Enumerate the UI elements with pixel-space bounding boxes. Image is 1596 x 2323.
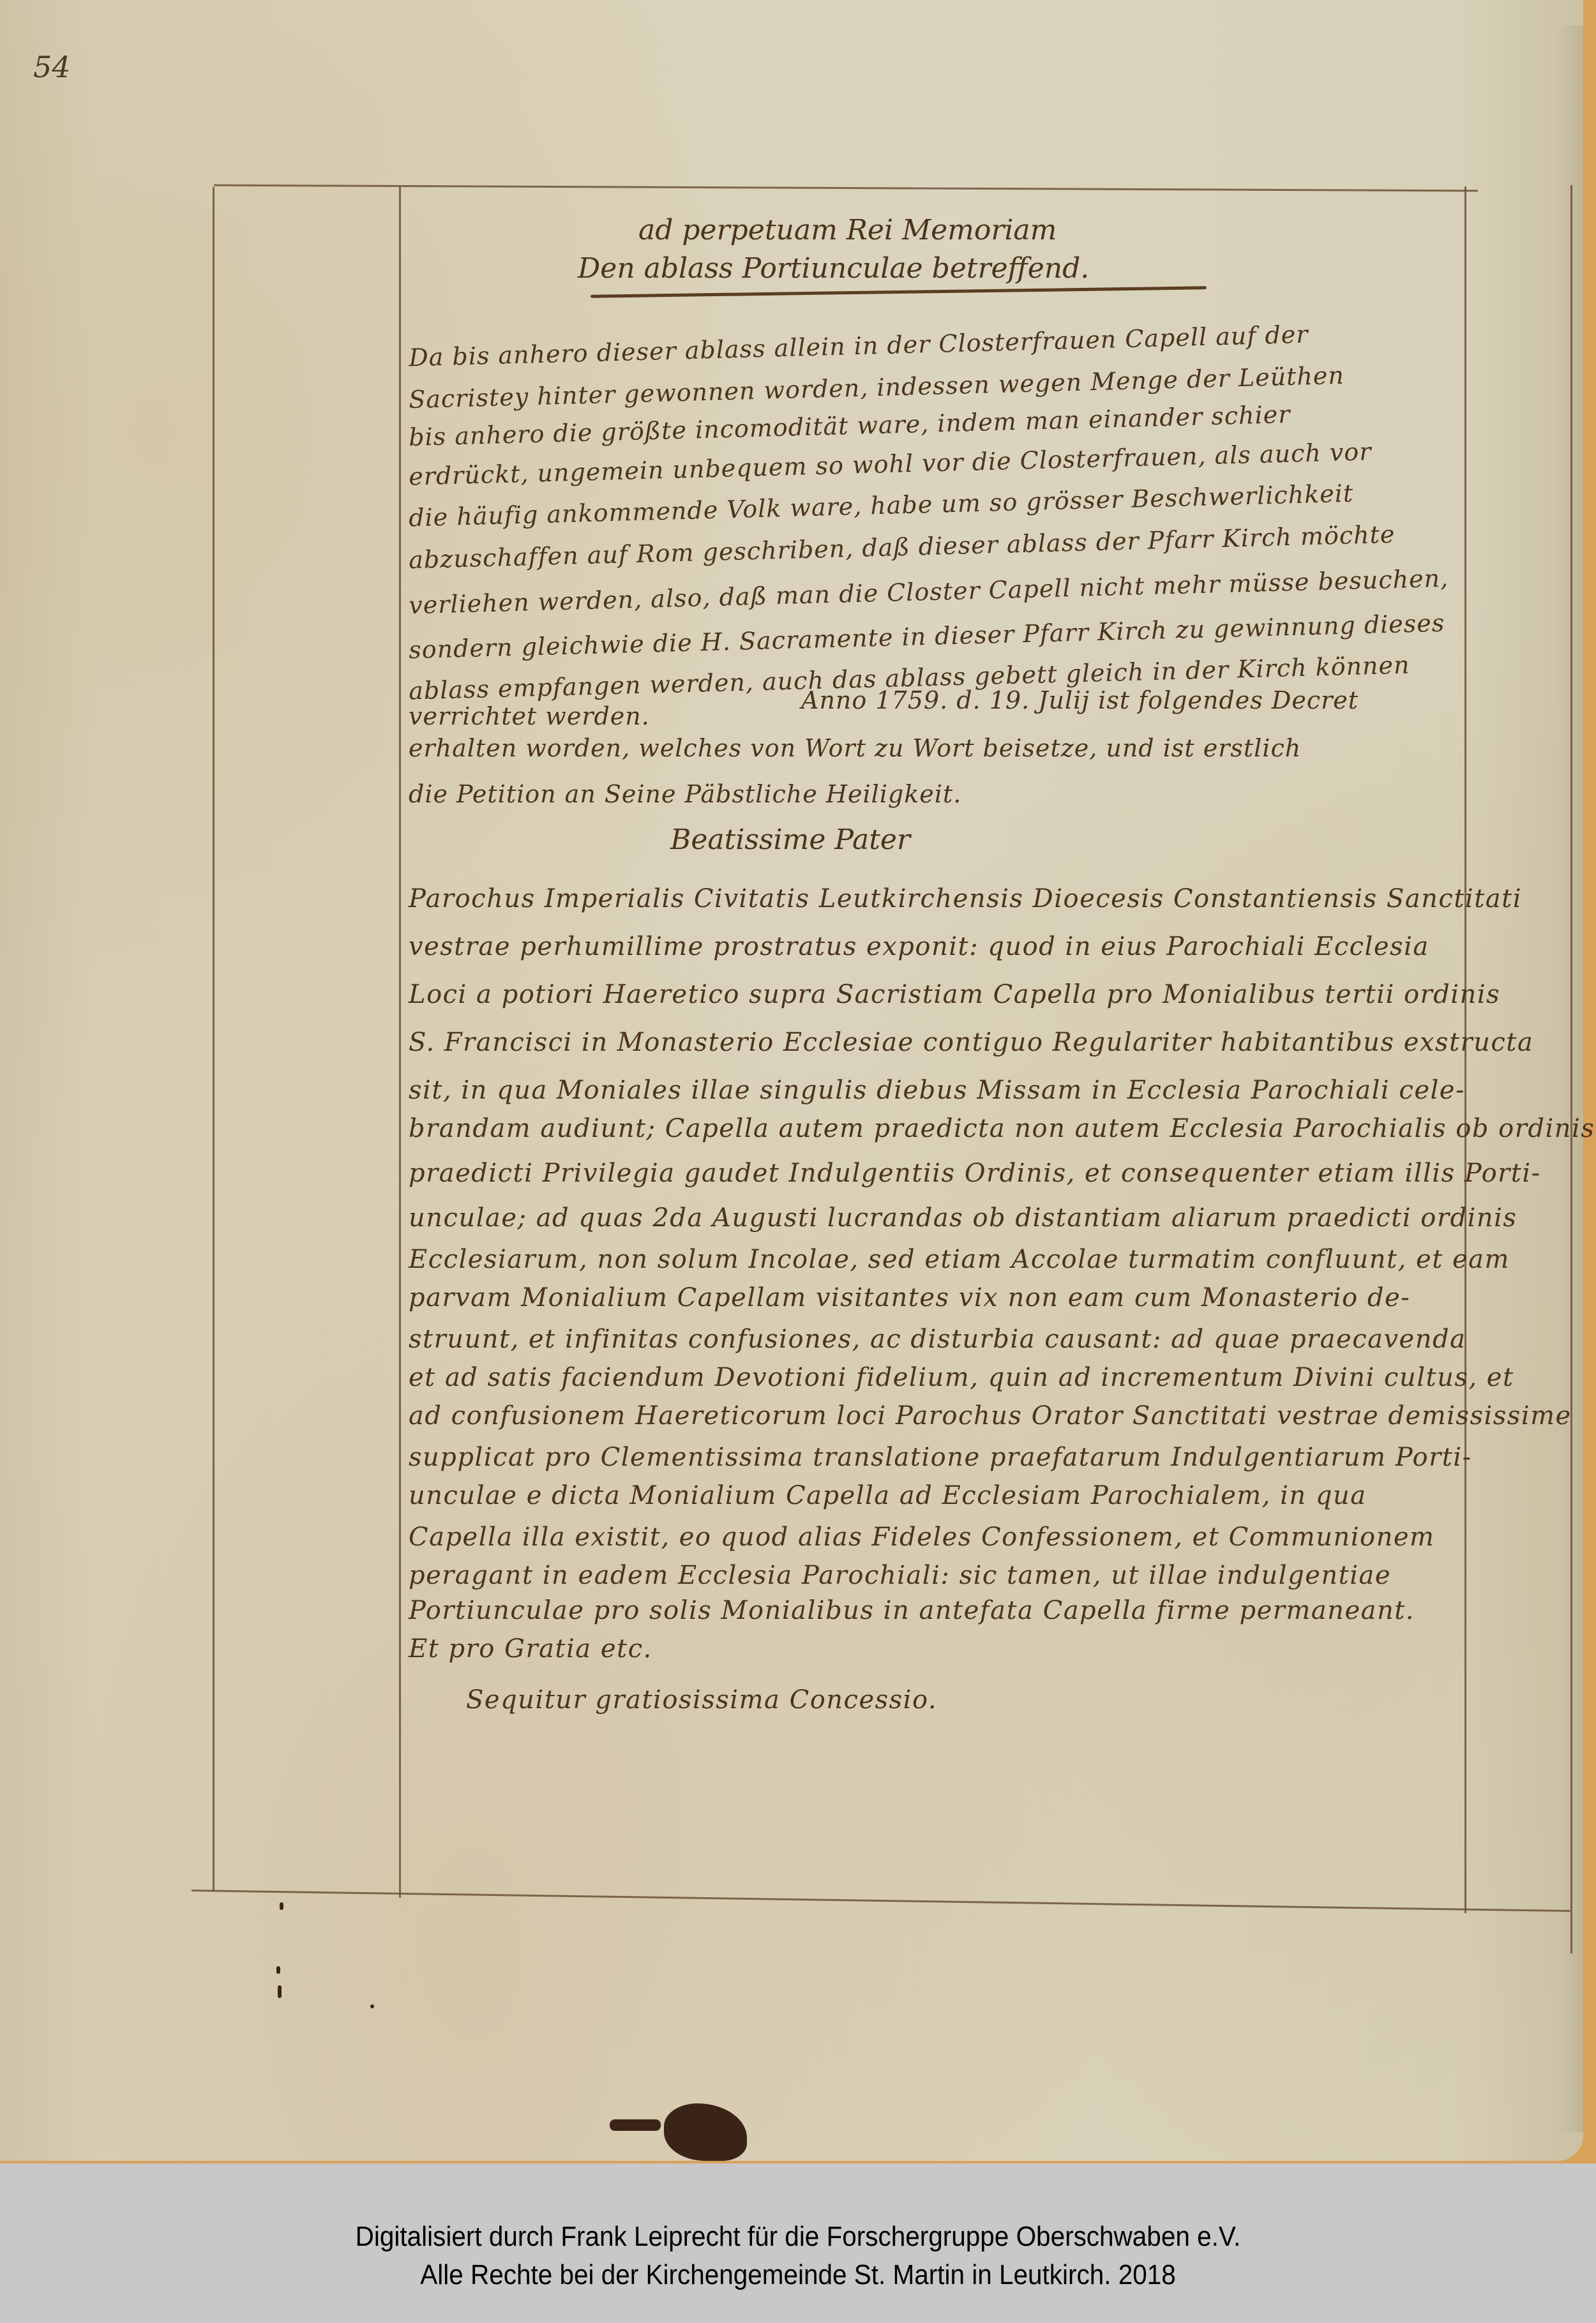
closing-line: Sequitur gratiosissima Concessio.: [466, 1685, 937, 1715]
latin-line: praedicti Privilegia gaudet Indulgentiis…: [409, 1159, 1541, 1188]
footer-digitization-credit: Digitalisiert durch Frank Leiprecht für …: [64, 2221, 1532, 2253]
ink-speck: [276, 1966, 280, 1974]
latin-line: Et pro Gratia etc.: [409, 1634, 652, 1664]
heading-line-1: ad perpetuam Rei Memoriam: [638, 214, 1057, 246]
latin-line: Parochus Imperialis Civitatis Leutkirche…: [409, 884, 1522, 913]
frame-top-rule: [214, 184, 1478, 192]
heading-line-2: Den ablass Portiunculae betreffend.: [578, 252, 1089, 285]
latin-line: parvam Monialium Capellam visitantes vix…: [409, 1283, 1410, 1312]
latin-line: sit, in qua Moniales illae singulis dieb…: [409, 1076, 1465, 1105]
salutation: Beatissime Pater: [670, 823, 910, 856]
ink-blot-trail: [610, 2119, 661, 2131]
latin-line: vestrae perhumillime prostratus exponit:…: [409, 932, 1429, 961]
latin-line: Ecclesiarum, non solum Incolae, sed etia…: [409, 1245, 1510, 1274]
ink-speck: [280, 1902, 283, 1910]
latin-line: struunt, et infinitas confusiones, ac di…: [409, 1325, 1466, 1354]
frame-right-rule: [1570, 185, 1572, 1953]
latin-line: ad confusionem Haereticorum loci Parochu…: [409, 1401, 1572, 1431]
heading-underline: [591, 286, 1207, 297]
german-line: erhalten worden, welches von Wort zu Wor…: [409, 734, 1301, 762]
ink-speck: [278, 1985, 282, 1998]
latin-line: et ad satis faciendum Devotioni fidelium…: [409, 1363, 1514, 1392]
latin-line: Portiunculae pro solis Monialibus in ant…: [409, 1596, 1415, 1625]
latin-line: peragant in eadem Ecclesia Parochiali: s…: [409, 1561, 1391, 1590]
german-line: die häufig ankommende Volk ware, habe um…: [409, 479, 1354, 532]
latin-line: brandam audiunt; Capella autem praedicta…: [409, 1114, 1595, 1143]
german-line: verliehen werden, also, daß man die Clos…: [409, 564, 1449, 620]
latin-line: S. Francisci in Monasterio Ecclesiae con…: [409, 1028, 1533, 1057]
german-line: die Petition an Seine Päbstliche Heiligk…: [409, 780, 961, 808]
german-line: Anno 1759. d. 19. Julij ist folgendes De…: [801, 686, 1359, 714]
ink-blot: [664, 2103, 747, 2161]
manuscript-page: 54 ad perpetuam Rei Memoriam Den ablass …: [0, 0, 1583, 2161]
folio-number: 54: [33, 50, 71, 84]
frame-left-rule: [213, 187, 215, 1891]
manuscript-scan: 54 ad perpetuam Rei Memoriam Den ablass …: [0, 0, 1596, 2163]
frame-bottom-rule: [192, 1890, 1570, 1912]
german-line: abzuschaffen auf Rom geschriben, daß die…: [409, 520, 1396, 574]
ink-speck: [370, 2004, 374, 2008]
latin-line: supplicat pro Clementissima translatione…: [409, 1443, 1472, 1472]
german-line: Da bis anhero dieser ablass allein in de…: [409, 320, 1309, 372]
footer-rights-notice: Alle Rechte bei der Kirchengemeinde St. …: [64, 2259, 1532, 2291]
latin-line: Capella illa existit, eo quod alias Fide…: [409, 1522, 1434, 1552]
latin-line: Loci a potiori Haeretico supra Sacristia…: [409, 980, 1500, 1009]
margin-left-rule: [399, 187, 401, 1898]
latin-line: unculae e dicta Monialium Capella ad Ecc…: [409, 1481, 1367, 1510]
german-line: verrichtet werden.: [409, 702, 650, 730]
copyright-footer: Digitalisiert durch Frank Leiprecht für …: [0, 2163, 1596, 2323]
latin-line: unculae; ad quas 2da Augusti lucrandas o…: [409, 1203, 1517, 1233]
